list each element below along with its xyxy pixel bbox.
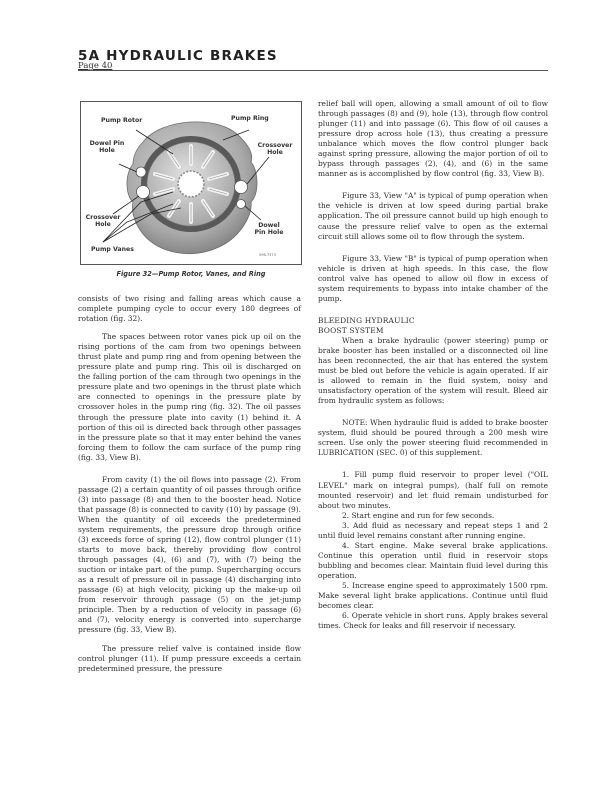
paragraph: The pressure relief valve is contained i… — [78, 644, 301, 674]
paragraph: When a brake hydraulic (power steering) … — [318, 336, 548, 406]
step-2: 2. Start engine and run for few seconds. — [318, 511, 548, 521]
figure-32-pump-rotor: Pump Rotor Pump Ring Dowel Pin Hole Cros… — [80, 101, 302, 265]
paragraph: Figure 33, View "B" is typical of pump o… — [318, 254, 548, 304]
section-heading: BOOST SYSTEM — [318, 326, 548, 336]
header-rule — [78, 70, 548, 71]
step-4: 4. Start engine. Make several brake appl… — [318, 541, 548, 581]
paragraph: relief ball will open, allowing a small … — [318, 99, 548, 179]
right-column: relief ball will open, allowing a small … — [318, 99, 548, 631]
pump-rotor-illustration — [81, 102, 301, 264]
figure-caption: Figure 32—Pump Rotor, Vanes, and Ring — [80, 270, 302, 278]
paragraph: From cavity (1) the oil flows into passa… — [78, 475, 301, 636]
paragraph: The spaces between rotor vanes pick up o… — [78, 332, 301, 463]
step-6: 6. Operate vehicle in short runs. Apply … — [318, 611, 548, 631]
label-crossover-hole-right: Crossover Hole — [253, 142, 297, 156]
label-dowel-pin-hole-right: Dowel Pin Hole — [247, 222, 291, 236]
paragraph: Figure 33, View "A" is typical of pump o… — [318, 191, 548, 241]
step-3: 3. Add fluid as necessary and repeat ste… — [318, 521, 548, 541]
label-pump-rotor: Pump Rotor — [101, 117, 142, 124]
label-crossover-hole-left: Crossover Hole — [83, 214, 123, 228]
step-1: 1. Fill pump fluid reservoir to proper l… — [318, 470, 548, 510]
section-heading: BLEEDING HYDRAULIC — [318, 316, 548, 326]
figure-code: 596-7373 — [259, 253, 276, 257]
note: NOTE: When hydraulic fluid is added to b… — [318, 418, 548, 458]
left-column: consists of two rising and falling areas… — [78, 294, 301, 674]
label-pump-vanes: Pump Vanes — [91, 246, 134, 253]
paragraph: consists of two rising and falling areas… — [78, 294, 301, 324]
label-dowel-pin-hole-left: Dowel Pin Hole — [85, 140, 129, 154]
label-pump-ring: Pump Ring — [231, 115, 269, 122]
step-5: 5. Increase engine speed to approximatel… — [318, 581, 548, 611]
